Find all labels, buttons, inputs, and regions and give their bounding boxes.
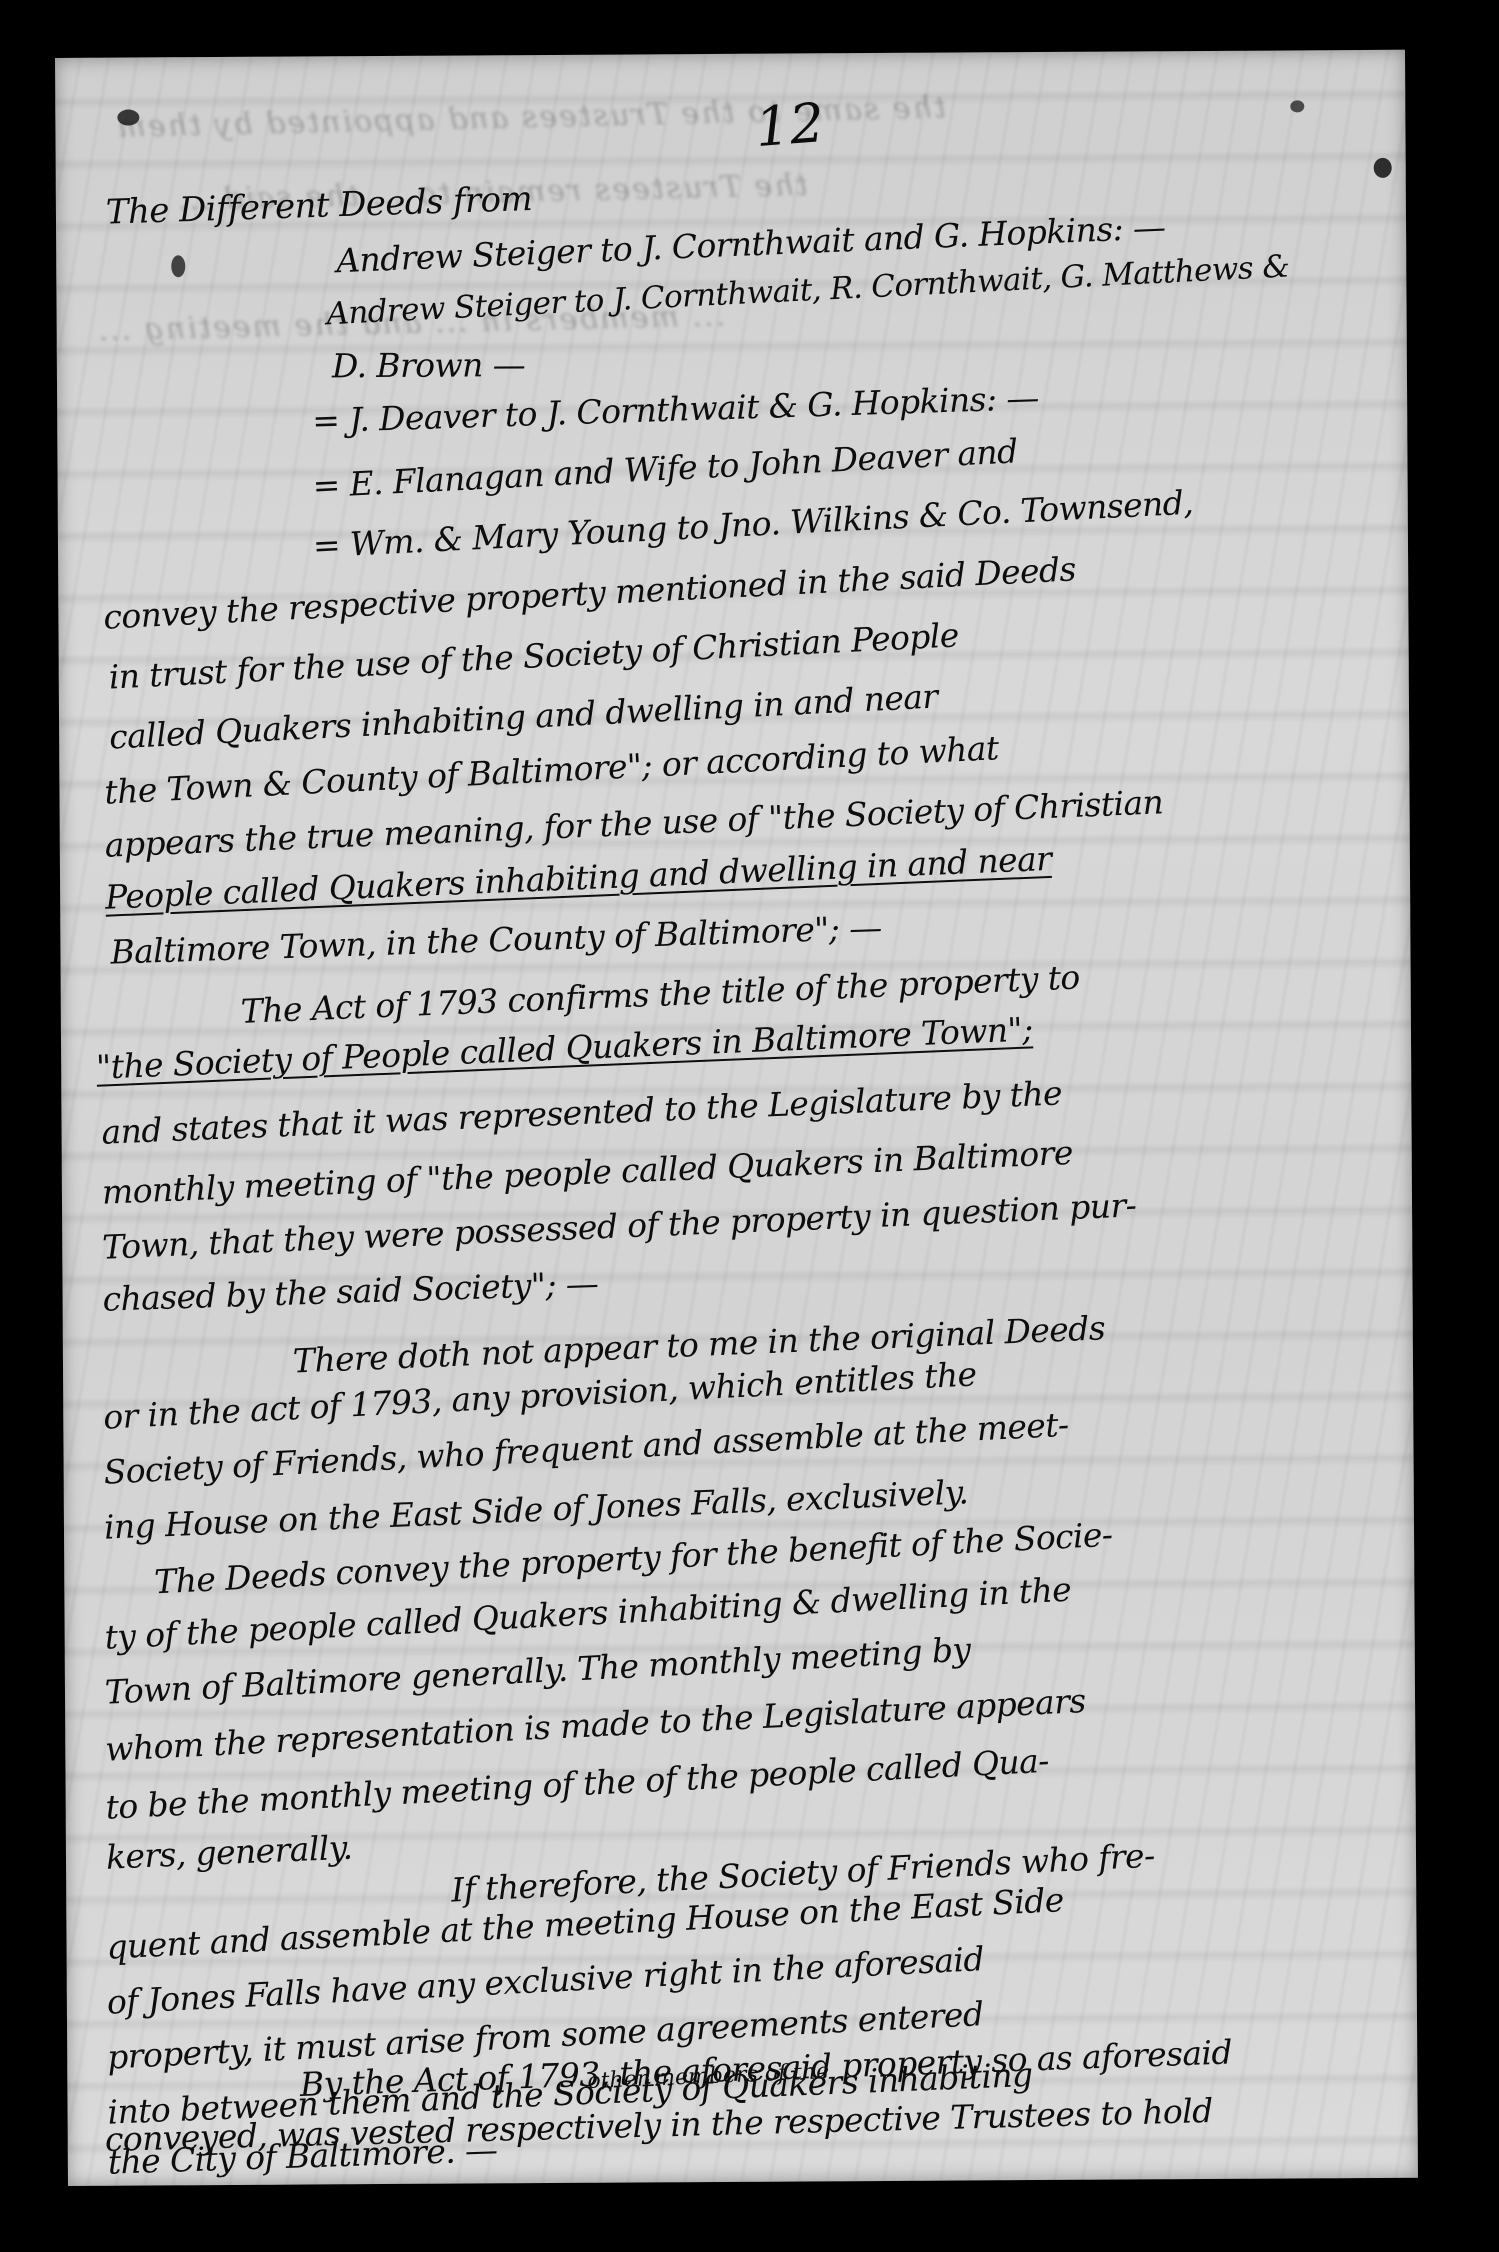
manuscript-text: The Different Deeds from Andrew Steiger …: [55, 50, 1418, 2186]
deed-list-item: = E. Flanagan and Wife to John Deaver an…: [312, 431, 1019, 505]
paragraph-4-line: kers, generally.: [105, 1828, 353, 1877]
paragraph-2-line: chased by the said Society"; —: [102, 1264, 599, 1319]
deed-list-item: = J. Deaver to J. Cornthwait & G. Hopkin…: [312, 378, 1040, 440]
manuscript-page: the same to the Trustees and appointed b…: [55, 50, 1418, 2186]
deed-list-item: D. Brown —: [332, 345, 525, 385]
paragraph-1-line-underlined: Baltimore Town, in the County of Baltimo…: [110, 908, 882, 972]
scan-background: the same to the Trustees and appointed b…: [0, 0, 1499, 2252]
heading: The Different Deeds from: [105, 179, 532, 233]
paragraph-2-line-underlined: "the Society of People called Quakers in…: [95, 1009, 1033, 1086]
